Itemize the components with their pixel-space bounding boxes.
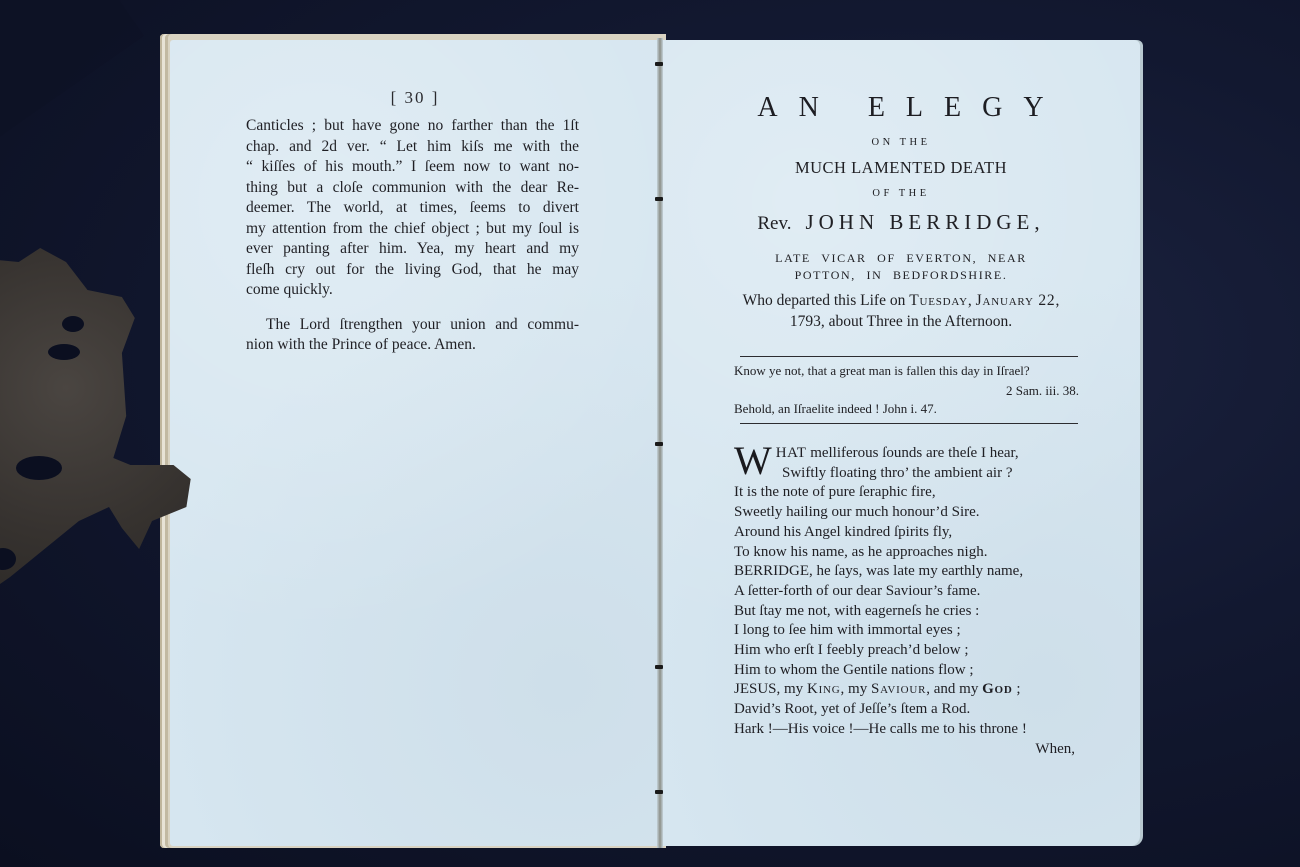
text-line: chap. and 2d ver. “ Let him kiſs me with…: [246, 137, 579, 158]
departure-day: Tuesday: [909, 292, 968, 309]
title-of-the: OF THE: [662, 188, 1140, 199]
vicar-line-1: LATE VICAR OF EVERTON, NEAR: [662, 250, 1140, 267]
paragraph-2: The Lord ſtrengthen your union and commu…: [246, 315, 579, 356]
god-word: God: [982, 681, 1013, 697]
poem-line: It is the note of pure ſeraphic fire,: [734, 483, 1079, 503]
epigraph-1: Know ye not, that a great man is fallen …: [734, 362, 1079, 380]
poem-line: To know his name, as he approaches nigh.: [734, 543, 1079, 563]
epigraph-1-reference: 2 Sam. iii. 38.: [734, 382, 1079, 400]
poem-line: Him who erſt I feebly preach’d below ;: [734, 641, 1079, 661]
text-line: thing but a cloſe communion with the dea…: [246, 178, 579, 199]
text-line: The Lord ſtrengthen your union and commu…: [246, 315, 579, 336]
top-rule: [740, 356, 1078, 357]
title-on-the: ON THE: [662, 137, 1140, 148]
poem-line: Swiftly floating thro’ the ambient air ?: [734, 464, 1079, 484]
rev-name: JOHN BERRIDGE,: [805, 210, 1044, 234]
poem-line: David’s Root, yet of Jeſſe’s ſtem a Rod.: [734, 700, 1079, 720]
binding-stitch: [655, 197, 663, 201]
departure-sep: ,: [968, 292, 976, 309]
text-line: deemer. The world, at times, ſeems to di…: [246, 198, 579, 219]
poem-line: Sweetly hailing our much honour’d Sire.: [734, 503, 1079, 523]
weight-hole: [62, 316, 84, 332]
right-page: AN ELEGY ON THE MUCH LAMENTED DEATH OF T…: [662, 40, 1140, 846]
sep: , my: [841, 681, 871, 697]
text-line: fleſh cry out for the living God, that h…: [246, 260, 579, 281]
epigraph-2: Behold, an Iſraelite indeed ! John i. 47…: [734, 400, 1079, 418]
rev-prefix: Rev.: [757, 213, 791, 234]
poem-line: Hark !—His voice !—He calls me to his th…: [734, 720, 1079, 740]
letter-text: Canticles ; but have gone no farther tha…: [246, 116, 579, 356]
weight-hole: [16, 456, 62, 480]
departure-date-value: January 22: [976, 292, 1056, 309]
left-page: [ 30 ] Canticles ; but have gone no fart…: [170, 40, 660, 846]
poem-line: Around his Angel kindred ſpirits fly,: [734, 523, 1079, 543]
vicar-line-2: POTTON, IN BEDFORDSHIRE.: [662, 267, 1140, 284]
sep: , and my: [926, 681, 982, 697]
vicar-description: LATE VICAR OF EVERTON, NEAR POTTON, IN B…: [662, 250, 1140, 284]
text-line: nion with the Prince of peace. Amen.: [246, 335, 579, 356]
binding-stitch: [655, 442, 663, 446]
page-number: [ 30 ]: [170, 88, 660, 108]
poem-line: HAT melliferous ſounds are theſe I hear,: [734, 444, 1079, 464]
title-subtitle: MUCH LAMENTED DEATH: [662, 158, 1140, 178]
poem-line: Him to whom the Gentile nations flow ;: [734, 661, 1079, 681]
drop-cap: W: [734, 446, 772, 476]
binding-stitch: [655, 790, 663, 794]
poem-line: I long to ſee him with immortal eyes ;: [734, 621, 1079, 641]
departure-text: Who departed this Life on: [743, 292, 910, 309]
poem-line: JESUS, my King, my Saviour, and my God ;: [734, 680, 1079, 700]
first-word: HAT: [776, 445, 807, 461]
bottom-rule: [740, 423, 1078, 424]
binding-stitch: [655, 62, 663, 66]
catchword: When,: [734, 740, 1079, 760]
king-word: King: [807, 681, 841, 697]
binding-stitch: [655, 665, 663, 669]
paragraph-1: Canticles ; but have gone no farther tha…: [246, 116, 579, 301]
sep: ;: [1013, 681, 1021, 697]
poem-line: BERRIDGE, he ſays, was late my earthly n…: [734, 562, 1079, 582]
elegy-poem: W HAT melliferous ſounds are theſe I hea…: [734, 444, 1079, 759]
text-line: Canticles ; but have gone no farther tha…: [246, 116, 579, 137]
departure-line-1: Who departed this Life on Tuesday, Janua…: [662, 290, 1140, 311]
poem-line: But ſtay me not, with eagerneſs he cries…: [734, 602, 1079, 622]
text-line: “ kiſſes of his mouth.” I ſeem now to wa…: [246, 157, 579, 178]
text-line: come quickly.: [246, 280, 579, 301]
departure-end: ,: [1055, 292, 1059, 309]
departure-date: Who departed this Life on Tuesday, Janua…: [662, 290, 1140, 332]
elegy-title: AN ELEGY: [662, 92, 1140, 124]
text-line: my attention from the chief object ; but…: [246, 219, 579, 240]
departure-line-2: 1793, about Three in the Afternoon.: [662, 311, 1140, 332]
text-line: ever panting after him. Yea, my heart an…: [246, 239, 579, 260]
saviour-word: Saviour: [871, 681, 926, 697]
title-name: Rev.JOHN BERRIDGE,: [662, 210, 1140, 235]
weight-hole: [0, 548, 16, 570]
open-book: [ 30 ] Canticles ; but have gone no fart…: [0, 0, 1300, 867]
poem-line: A ſetter-forth of our dear Saviour’s fam…: [734, 582, 1079, 602]
weight-hole: [48, 344, 80, 360]
first-line-text: melliferous ſounds are theſe I hear,: [806, 445, 1018, 461]
jesus-text: JESUS, my: [734, 681, 807, 697]
